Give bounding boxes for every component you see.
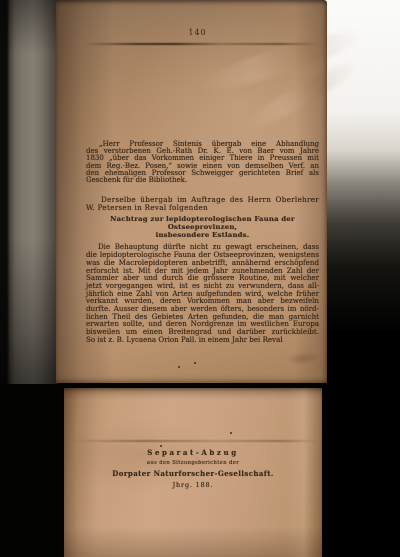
slip-title: Separat-Abzug: [64, 448, 322, 457]
slip-source-line: aus den Sitzungsberichten der: [64, 460, 322, 466]
ink-speck: [178, 366, 180, 368]
heading-line: insbesondere Estlands.: [86, 231, 319, 239]
slip-year: Jhrg. 188.: [64, 481, 322, 489]
page-text-column: „Herr Professor Sintenis übergab eine Ab…: [86, 141, 319, 344]
text-line: So ist z. B. Lycaena Orion Pall. in eine…: [86, 336, 319, 344]
page-number: 140: [56, 28, 327, 37]
slip-imprint-text: Separat-Abzug aus den Sitzungsberichten …: [64, 448, 322, 489]
ink-speck: [160, 445, 162, 447]
faint-pencil-mark: [287, 350, 328, 366]
gift-note-paragraph: „Herr Professor Sintenis übergab eine Ab…: [86, 141, 319, 184]
text-line: W. Petersen in Reval folgenden: [86, 204, 319, 212]
text-line: Geschenk für die Bibliothek.: [86, 177, 319, 184]
article-heading: Nachtrag zur lepidopterologischen Fauna …: [86, 215, 319, 240]
ink-speck: [194, 362, 196, 364]
heading-line: Nachtrag zur lepidopterologischen Fauna …: [86, 215, 319, 231]
slip-society-name: Dorpater Naturforscher-Gesellschaft.: [64, 469, 322, 478]
scanned-book-page: 140 „Herr Professor Sintenis übergab ein…: [56, 0, 327, 383]
book-page-edges: [0, 0, 58, 384]
ink-speck: [230, 432, 232, 434]
article-body-paragraph: Die Behauptung dürfte nicht zu gewagt er…: [86, 243, 319, 343]
presentation-paragraph: Derselbe übergab im Auftrage des Herrn O…: [86, 196, 319, 212]
paper-crease-line: [84, 43, 319, 45]
separat-abzug-slip: Separat-Abzug aus den Sitzungsberichten …: [64, 388, 322, 557]
slip-crease-line: [70, 440, 318, 442]
